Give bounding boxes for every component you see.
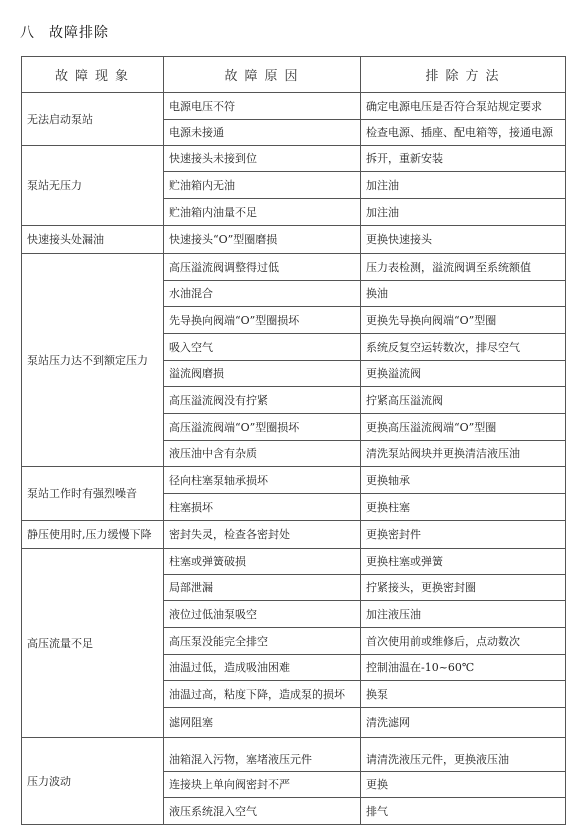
column-header: 排除方法 bbox=[366, 56, 565, 92]
remedy-cell: 首次使用前或维修后，点动数次 bbox=[366, 627, 565, 654]
remedy-cell: 确定电源电压是否符合泵站规定要求 bbox=[366, 92, 565, 119]
remedy-cell: 更换先导换向阀端“O”型圈 bbox=[366, 306, 565, 333]
remedy-cell: 请清洗液压元件，更换液压油 bbox=[366, 747, 565, 771]
row-divider bbox=[163, 737, 566, 738]
cause-cell: 电源未接通 bbox=[169, 119, 360, 145]
cause-cell: 快速接头“O”型圈磨损 bbox=[169, 225, 360, 253]
remedy-cell: 更换柱塞或弹簧 bbox=[366, 548, 565, 574]
cause-cell: 密封失灵，检查各密封处 bbox=[169, 520, 360, 548]
cause-cell: 先导换向阀端“O”型圈损坏 bbox=[169, 306, 360, 333]
cause-cell: 水油混合 bbox=[169, 280, 360, 306]
remedy-cell: 更换柱塞 bbox=[366, 493, 565, 520]
cause-cell: 径向柱塞泵轴承损坏 bbox=[169, 466, 360, 493]
remedy-cell: 拧紧接头，更换密封圈 bbox=[366, 574, 565, 600]
cause-cell: 油温过高，粘度下降，造成泵的损坏 bbox=[169, 680, 360, 707]
symptom-cell: 泵站无压力 bbox=[27, 145, 163, 225]
cause-cell: 液压油中含有杂质 bbox=[169, 440, 360, 466]
symptom-cell: 泵站压力达不到额定压力 bbox=[27, 253, 163, 466]
remedy-cell: 控制油温在-10~60℃ bbox=[366, 654, 565, 680]
remedy-cell: 加注油 bbox=[366, 198, 565, 225]
cause-cell: 高压泵没能完全排空 bbox=[169, 627, 360, 654]
remedy-cell: 排气 bbox=[366, 797, 565, 824]
section-heading: 故障排除 bbox=[49, 25, 109, 41]
cause-cell: 液位过低油泵吸空 bbox=[169, 600, 360, 627]
table-left-border bbox=[21, 56, 22, 825]
remedy-cell: 清洗泵站阀块并更换清洁液压油 bbox=[366, 440, 565, 466]
section-title: 八故障排除 bbox=[20, 22, 109, 42]
remedy-cell: 更换快速接头 bbox=[366, 225, 565, 253]
cause-cell: 贮油箱内无油 bbox=[169, 171, 360, 198]
symptom-cell: 静压使用时,压力缓慢下降 bbox=[27, 520, 163, 548]
cause-cell: 吸入空气 bbox=[169, 333, 360, 360]
cause-cell: 贮油箱内油量不足 bbox=[169, 198, 360, 225]
cause-cell: 高压溢流阀没有拧紧 bbox=[169, 386, 360, 413]
remedy-cell: 系统反复空运转数次，排尽空气 bbox=[366, 333, 565, 360]
cause-cell: 柱塞或弹簧破损 bbox=[169, 548, 360, 574]
cause-cell: 电源电压不符 bbox=[169, 92, 360, 119]
remedy-cell: 换油 bbox=[366, 280, 565, 306]
remedy-cell: 加注液压油 bbox=[366, 600, 565, 627]
remedy-cell: 更换溢流阀 bbox=[366, 360, 565, 386]
cause-cell: 液压系统混入空气 bbox=[169, 797, 360, 824]
cause-cell: 高压溢流阀调整得过低 bbox=[169, 253, 360, 280]
remedy-cell: 加注油 bbox=[366, 171, 565, 198]
remedy-cell: 清洗滤网 bbox=[366, 707, 565, 737]
row-divider bbox=[163, 824, 566, 825]
symptom-cell: 无法启动泵站 bbox=[27, 92, 163, 145]
remedy-cell: 更换轴承 bbox=[366, 466, 565, 493]
cause-cell: 油温过低，造成吸油困难 bbox=[169, 654, 360, 680]
column-header: 故障现象 bbox=[27, 56, 163, 92]
cause-cell: 油箱混入污物，塞堵液压元件 bbox=[169, 747, 360, 771]
cause-cell: 高压溢流阀端“O”型圈损坏 bbox=[169, 413, 360, 440]
remedy-cell: 压力表检测，溢流阀调至系统额值 bbox=[366, 253, 565, 280]
remedy-cell: 拆开，重新安装 bbox=[366, 145, 565, 171]
remedy-cell: 更换 bbox=[366, 771, 565, 797]
cause-cell: 快速接头未接到位 bbox=[169, 145, 360, 171]
cause-cell: 溢流阀磨损 bbox=[169, 360, 360, 386]
symptom-cell: 压力波动 bbox=[27, 737, 163, 824]
symptom-cell: 高压流量不足 bbox=[27, 548, 163, 737]
column-header: 故障原因 bbox=[169, 56, 360, 92]
section-number: 八 bbox=[20, 25, 35, 41]
remedy-cell: 拧紧高压溢流阀 bbox=[366, 386, 565, 413]
remedy-cell: 换泵 bbox=[366, 680, 565, 707]
cause-cell: 连接块上单向阀密封不严 bbox=[169, 771, 360, 797]
group-divider bbox=[21, 824, 163, 825]
remedy-cell: 检查电源、插座、配电箱等，接通电源 bbox=[366, 119, 565, 145]
symptom-cell: 泵站工作时有强烈噪音 bbox=[27, 466, 163, 520]
symptom-cell: 快速接头处漏油 bbox=[27, 225, 163, 253]
cause-cell: 局部泄漏 bbox=[169, 574, 360, 600]
remedy-cell: 更换高压溢流阀端“O”型圈 bbox=[366, 413, 565, 440]
cause-cell: 滤网阻塞 bbox=[169, 707, 360, 737]
remedy-cell: 更换密封件 bbox=[366, 520, 565, 548]
cause-cell: 柱塞损坏 bbox=[169, 493, 360, 520]
